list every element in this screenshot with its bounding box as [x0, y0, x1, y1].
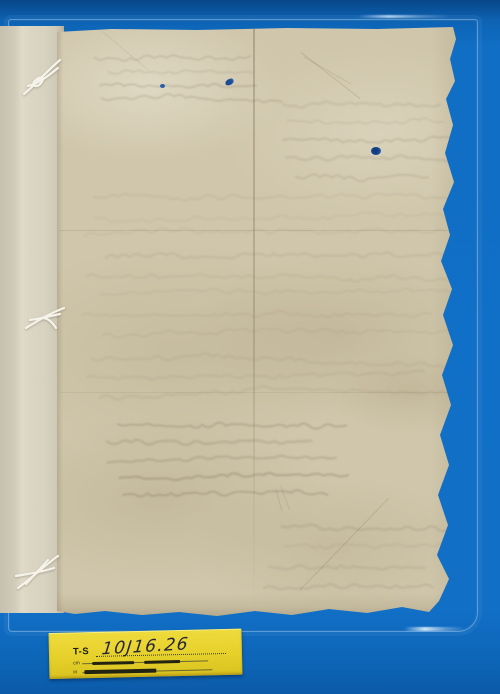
cm-unit-label: cm — [73, 661, 82, 666]
sleeve-highlight — [404, 627, 466, 631]
shelfmark-label: T-S 10J16.26 cm in — [48, 629, 242, 679]
collection-prefix: T-S — [73, 646, 90, 657]
ink-blot — [371, 147, 381, 155]
sewing-thread — [14, 548, 62, 596]
shelfmark-row: T-S 10J16.26 — [73, 637, 228, 658]
faded-text-bleedthrough — [57, 27, 461, 617]
vertical-fold-crease — [253, 28, 255, 613]
sewing-thread — [18, 52, 66, 100]
horizontal-fold-crease — [60, 392, 456, 393]
in-unit-label: in — [73, 670, 82, 675]
sleeve-highlight — [358, 15, 450, 18]
manuscript-leaf — [57, 27, 461, 617]
handwritten-shelfmark: 10J16.26 — [101, 634, 191, 659]
cm-scale-row: cm — [73, 657, 228, 667]
photo-background: T-S 10J16.26 cm in — [0, 0, 500, 694]
in-scale-bar — [82, 667, 212, 675]
in-scale-row: in — [73, 666, 228, 676]
ink-blot — [160, 84, 165, 88]
dotted-line: 10J16.26 — [96, 637, 226, 657]
sewing-thread — [24, 298, 66, 334]
horizontal-fold-crease — [60, 230, 456, 231]
